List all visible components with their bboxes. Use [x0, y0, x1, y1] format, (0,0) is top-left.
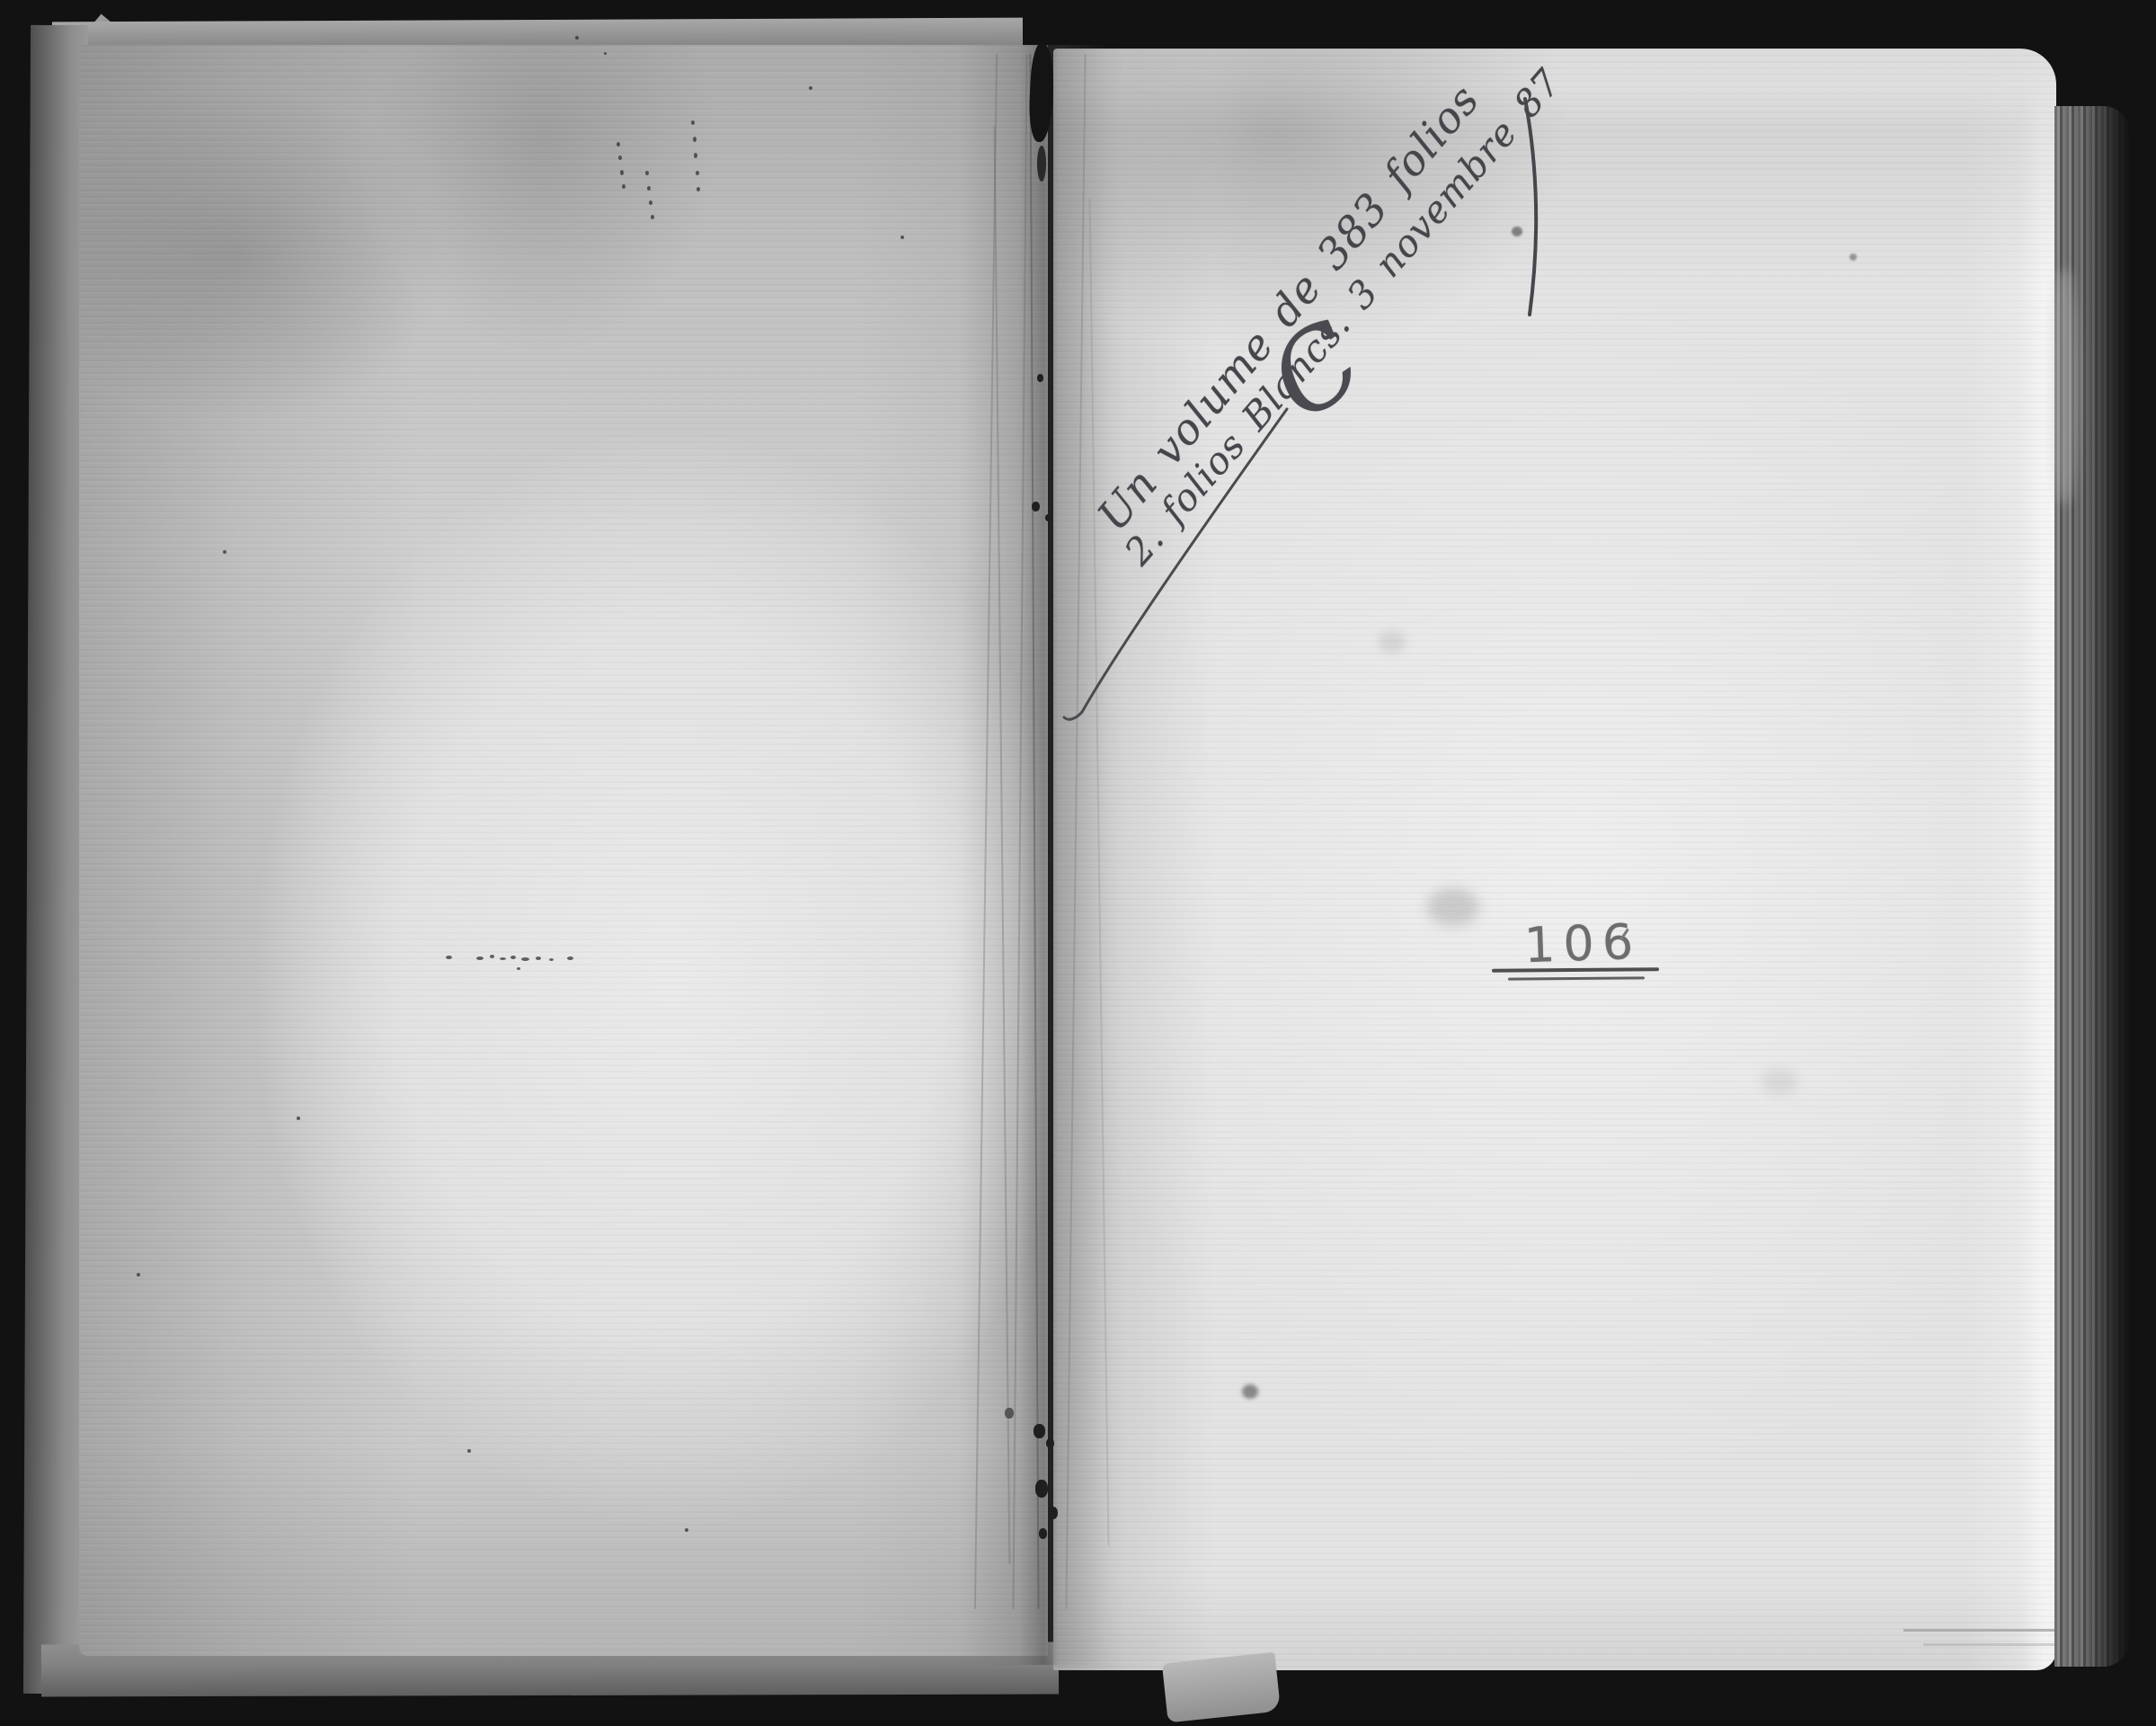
stitch-ink-spot [1046, 1438, 1054, 1448]
speck [693, 137, 696, 142]
speck [901, 236, 904, 239]
stitch-ink-spot [1005, 1408, 1014, 1419]
speck [620, 170, 624, 175]
speck [476, 956, 484, 960]
speck [549, 958, 554, 961]
speck [685, 1528, 688, 1532]
speck [490, 955, 494, 958]
speck [223, 550, 226, 554]
left-page-shading [79, 1312, 1048, 1656]
stitch-ink-spot [1032, 502, 1040, 512]
speck [651, 215, 654, 219]
folio-number: 106 [1523, 913, 1642, 974]
stain [1850, 254, 1857, 261]
stitch-ink-spot [1037, 374, 1043, 382]
speck [604, 52, 607, 55]
stitch-ink-spot [1035, 1480, 1048, 1498]
ink-flourish-stroke [1060, 360, 1366, 737]
torn-paper-flap [1162, 1652, 1281, 1723]
speck [618, 156, 622, 160]
speck [446, 956, 452, 959]
speck [517, 967, 520, 970]
speck [137, 1273, 140, 1277]
speck [691, 120, 695, 125]
speck [649, 200, 652, 205]
speck [622, 184, 626, 189]
stain [1427, 888, 1479, 926]
book-gutter [958, 45, 1149, 1665]
speck [694, 153, 697, 158]
speck [510, 956, 516, 959]
speck [696, 171, 699, 175]
speck [500, 957, 506, 960]
ink-pen-stroke [1510, 90, 1564, 324]
speck [297, 1117, 300, 1120]
stain [1379, 631, 1406, 653]
speck [575, 36, 579, 40]
speck [536, 956, 541, 960]
speck [521, 957, 529, 961]
speck [647, 186, 651, 191]
stitch-ink-spot [1048, 1507, 1058, 1519]
speck [617, 142, 620, 147]
fore-edge-highlight [2051, 270, 2078, 503]
speck [645, 171, 649, 175]
stitch-ink-spot [1034, 1424, 1045, 1438]
speck [567, 956, 573, 960]
spine-crack [1037, 146, 1046, 182]
stitch-ink-spot [1045, 514, 1051, 521]
speck [467, 1449, 471, 1453]
speck [696, 187, 700, 191]
stain [1761, 1068, 1797, 1095]
stitch-ink-spot [1039, 1528, 1047, 1539]
scan-photo: Un volume de 383 folios 2. folios Blancs… [0, 0, 2156, 1726]
speck [809, 86, 812, 90]
stain [1242, 1384, 1258, 1399]
